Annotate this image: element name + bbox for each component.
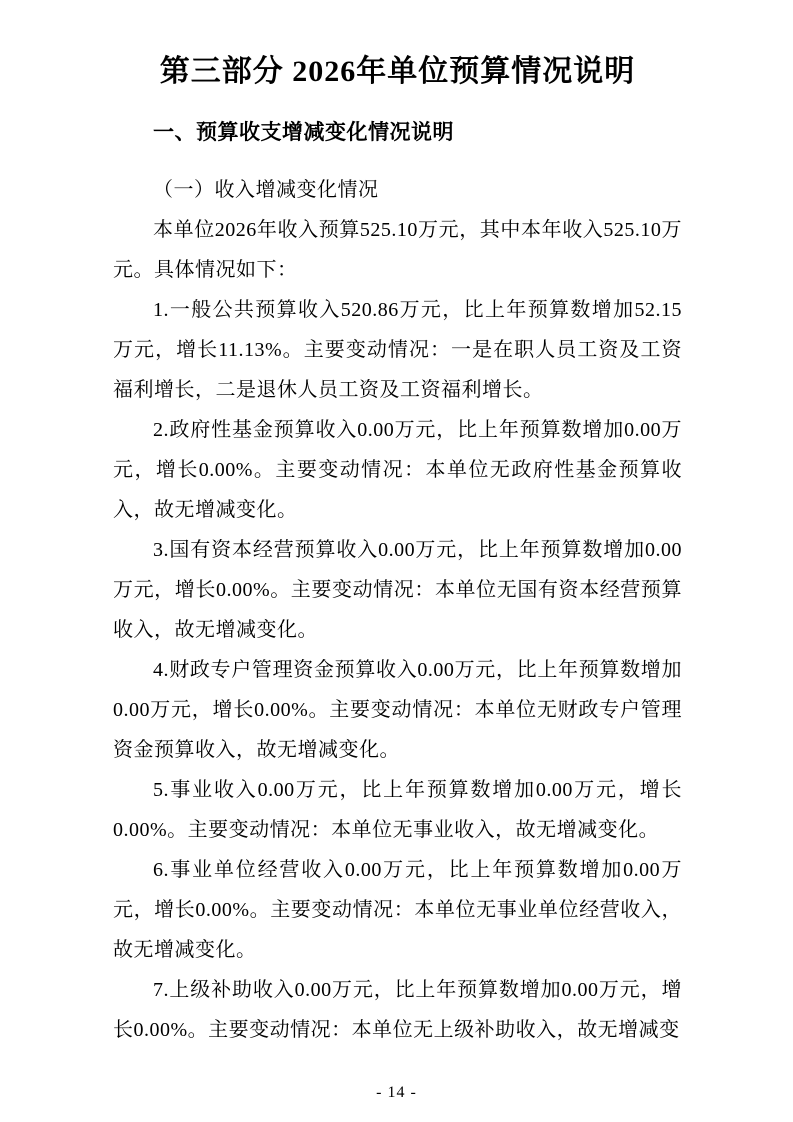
paragraph-institution-operating-income: 6.事业单位经营收入0.00万元，比上年预算数增加0.00万元，增长0.00%。… — [113, 850, 682, 970]
paragraph-state-capital: 3.国有资本经营预算收入0.00万元，比上年预算数增加0.00万元，增长0.00… — [113, 530, 682, 650]
paragraph-institution-income: 5.事业收入0.00万元，比上年预算数增加0.00万元，增长0.00%。主要变动… — [113, 770, 682, 850]
document-body: （一）收入增减变化情况 本单位2026年收入预算525.10万元，其中本年收入5… — [113, 170, 682, 1050]
paragraph-fiscal-special-account: 4.财政专户管理资金预算收入0.00万元，比上年预算数增加0.00万元，增长0.… — [113, 650, 682, 770]
section-heading: 一、预算收支增减变化情况说明 — [153, 120, 682, 146]
paragraph-government-fund: 2.政府性基金预算收入0.00万元，比上年预算数增加0.00万元，增长0.00%… — [113, 410, 682, 530]
document-page: 第三部分 2026年单位预算情况说明 一、预算收支增减变化情况说明 （一）收入增… — [0, 0, 793, 1122]
document-title: 第三部分 2026年单位预算情况说明 — [113, 52, 682, 92]
document-content: 第三部分 2026年单位预算情况说明 一、预算收支增减变化情况说明 （一）收入增… — [113, 0, 682, 1050]
paragraph-income-total: 本单位2026年收入预算525.10万元，其中本年收入525.10万元。具体情况… — [113, 210, 682, 290]
paragraph-general-public-budget: 1.一般公共预算收入520.86万元，比上年预算数增加52.15万元，增长11.… — [113, 290, 682, 410]
subsection-heading: （一）收入增减变化情况 — [113, 170, 682, 210]
page-number: - 14 - — [0, 1084, 793, 1102]
paragraph-superior-subsidy-income: 7.上级补助收入0.00万元，比上年预算数增加0.00万元，增长0.00%。主要… — [113, 970, 682, 1050]
